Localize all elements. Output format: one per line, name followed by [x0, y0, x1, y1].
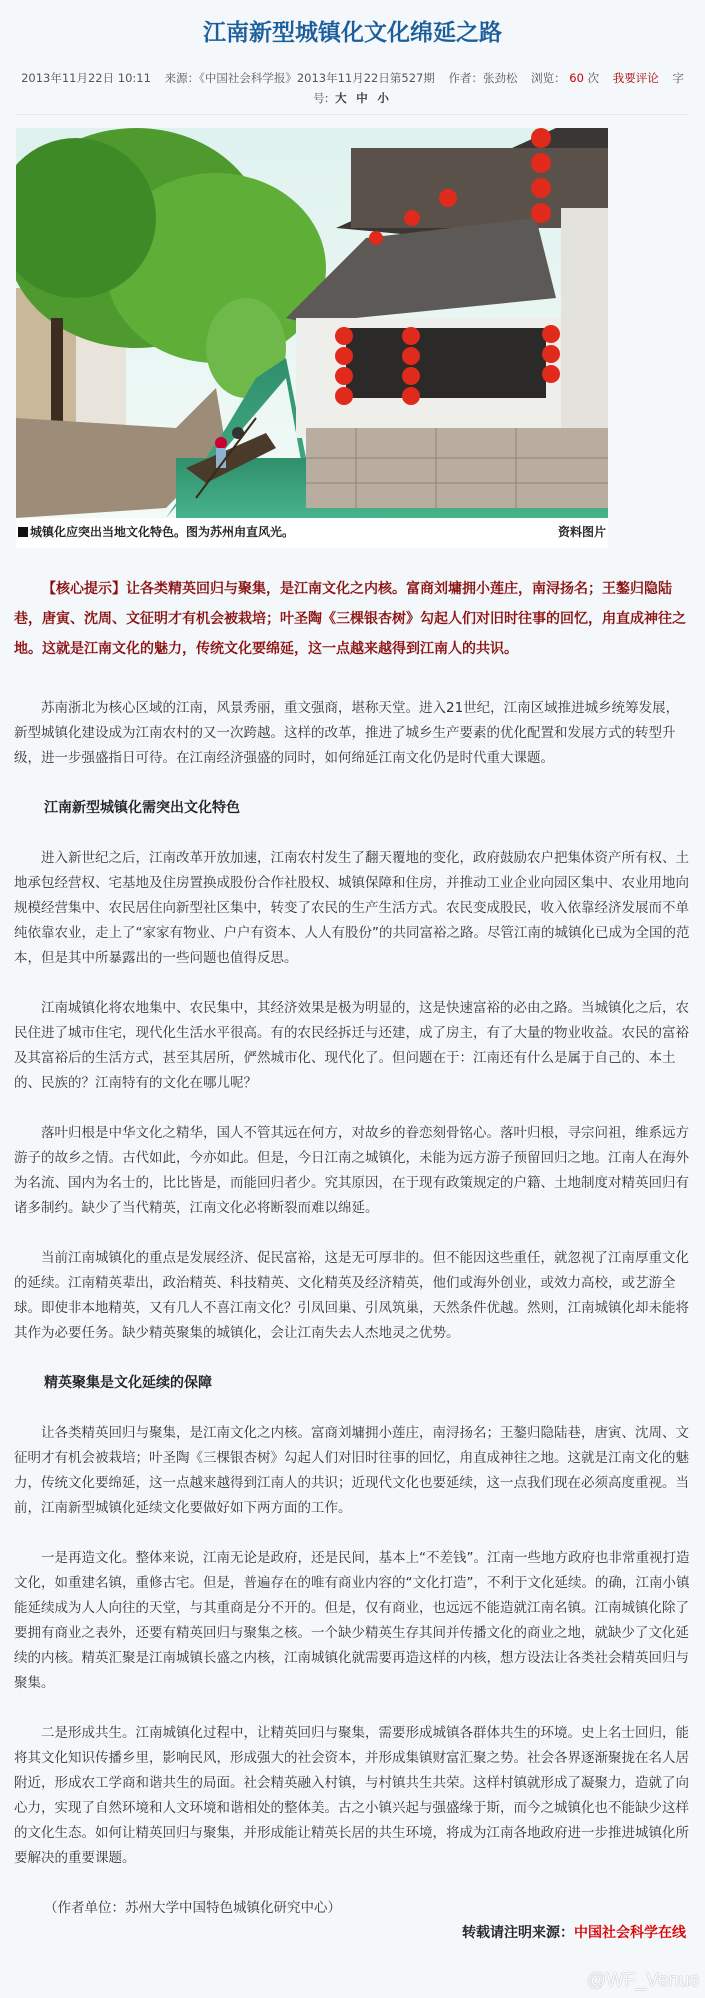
views-label: 浏览： [531, 71, 566, 85]
paragraph: 让各类精英回归与聚集，是江南文化之内核。富商刘墉拥小莲庄，南浔扬名；王鏊归隐陆巷… [14, 1421, 690, 1521]
paragraph: 进入新世纪之后，江南改革开放加速，江南农村发生了翻天覆地的变化，政府鼓励农户把集… [14, 846, 690, 971]
core-summary: 【核心提示】让各类精英回归与聚集，是江南文化之内核。富商刘墉拥小莲庄，南浔扬名；… [14, 574, 690, 664]
article-title: 江南新型城镇化文化绵延之路 [0, 0, 705, 50]
publish-datetime: 2013年11月22日 10:11 [21, 71, 151, 85]
paragraph: 江南城镇化将农地集中、农民集中，其经济效果是极为明显的，这是快速富裕的必由之路。… [14, 996, 690, 1096]
canal-town-photo [16, 128, 608, 518]
figure-credit: 资料图片 [558, 519, 606, 545]
author-name: 张劲松 [483, 71, 518, 85]
source-name: 《中国社会科学报》2013年11月22日第527期 [199, 71, 435, 85]
repost-source-link[interactable]: 中国社会科学在线 [574, 1925, 686, 1941]
caption-square-icon [18, 527, 28, 537]
paragraph: 落叶归根是中华文化之精华，国人不管其远在何方，对故乡的眷恋刻骨铭心。落叶归根，寻… [14, 1121, 690, 1221]
divider [16, 114, 689, 115]
paragraph: 苏南浙北为核心区域的江南，风景秀丽，重文强商，堪称天堂。进入21世纪，江南区域推… [14, 696, 690, 771]
views-count: 60 [569, 71, 584, 85]
article-body: 【核心提示】让各类精英回归与聚集，是江南文化之内核。富商刘墉拥小莲庄，南浔扬名；… [14, 574, 690, 1946]
repost-notice: 转载请注明来源：中国社会科学在线 [14, 1921, 690, 1946]
font-size-large[interactable]: 大 [335, 91, 347, 105]
comment-link[interactable]: 我要评论 [613, 71, 659, 85]
section-heading: 江南新型城镇化需突出文化特色 [14, 796, 690, 821]
paragraph: 二是形成共生。江南城镇化过程中，让精英回归与聚集，需要形成城镇各群体共生的环境。… [14, 1721, 690, 1871]
caption-text: 城镇化应突出当地文化特色。图为苏州甪直风光。 [30, 525, 294, 539]
paragraph: 一是再造文化。整体来说，江南无论是政府，还是民间，基本上“不差钱”。江南一些地方… [14, 1546, 690, 1696]
font-size-medium[interactable]: 中 [356, 91, 368, 105]
paragraph: 当前江南城镇化的重点是发展经济、促民富裕，这是无可厚非的。但不能因这些重任，就忽… [14, 1246, 690, 1346]
author-label: 作者： [448, 71, 483, 85]
repost-label: 转载请注明来源： [462, 1925, 574, 1941]
source-label: 来源： [165, 71, 200, 85]
author-unit: （作者单位：苏州大学中国特色城镇化研究中心） [14, 1896, 690, 1921]
article-figure: 城镇化应突出当地文化特色。图为苏州甪直风光。 资料图片 [16, 128, 608, 548]
watermark: @WF_Venus [587, 1970, 699, 1992]
font-size-small[interactable]: 小 [377, 91, 389, 105]
views-unit: 次 [588, 71, 600, 85]
figure-caption: 城镇化应突出当地文化特色。图为苏州甪直风光。 资料图片 [16, 519, 608, 545]
article-meta: 2013年11月22日 10:11 来源：《中国社会科学报》2013年11月22… [0, 68, 705, 108]
section-heading: 精英聚集是文化延续的保障 [14, 1371, 690, 1396]
